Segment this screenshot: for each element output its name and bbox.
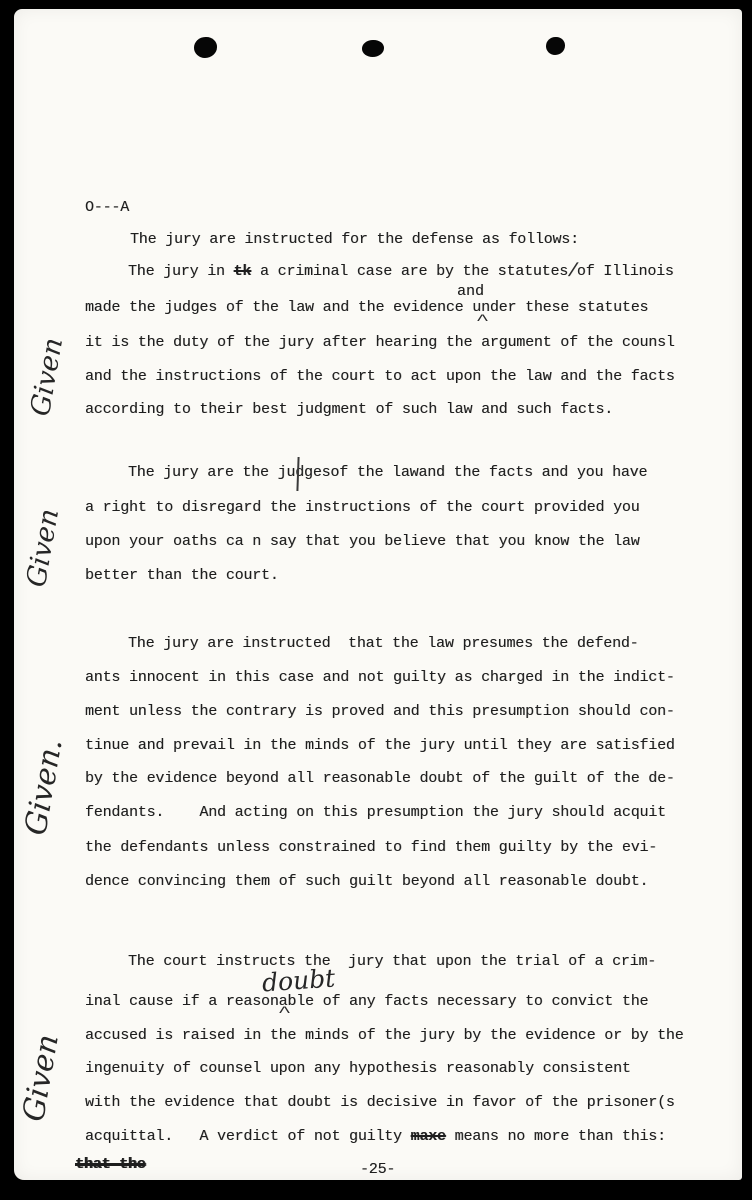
text-line: The jury are the judgesof the lawand the… bbox=[128, 463, 647, 483]
text-line: dence convincing them of such guilt beyo… bbox=[85, 872, 648, 892]
page-number: -25- bbox=[360, 1160, 395, 1180]
text-line: upon your oaths ca n say that you believ… bbox=[85, 532, 640, 552]
text-line: ingenuity of counsel upon any hypothesis… bbox=[85, 1059, 631, 1079]
text-line: inal cause if a reasonable of any facts … bbox=[85, 992, 648, 1012]
text-line: ment unless the contrary is proved and t… bbox=[85, 702, 675, 722]
text-line: made the judges of the law and the evide… bbox=[85, 298, 648, 318]
text-segment: a criminal case are by the statutes bbox=[251, 263, 568, 280]
text-line: by the evidence beyond all reasonable do… bbox=[85, 769, 675, 789]
text-line: acquittal. A verdict of not guilty maxe … bbox=[85, 1127, 666, 1147]
text-line: The jury are instructed for the defense … bbox=[130, 230, 579, 250]
text-line: fendants. And acting on this presumption… bbox=[85, 803, 666, 823]
text-segment: acquittal. A verdict of not guilty bbox=[85, 1128, 411, 1145]
text-line: accused is raised in the minds of the ju… bbox=[85, 1026, 684, 1046]
margin-note-given: Given bbox=[25, 335, 69, 418]
text-line: The jury are instructed that the law pre… bbox=[128, 634, 639, 654]
text-line: ants innocent in this case and not guilt… bbox=[85, 668, 675, 688]
footer-struck-text: that the bbox=[75, 1155, 145, 1175]
text-line: and the instructions of the court to act… bbox=[85, 367, 675, 387]
text-line: a right to disregard the instructions of… bbox=[85, 498, 640, 518]
text-line: The jury in tk a criminal case are by th… bbox=[128, 262, 674, 282]
document-page: Given Given Given. Given O---A The jury … bbox=[14, 9, 742, 1180]
scanned-document-background: { "colors": { "background": "#000000", "… bbox=[0, 0, 752, 1200]
binding-hole-dot bbox=[194, 37, 217, 58]
margin-note-given: Given. bbox=[18, 736, 69, 838]
struck-out-text: maxe bbox=[411, 1128, 446, 1145]
text-line: better than the court. bbox=[85, 566, 279, 586]
margin-note-given: Given bbox=[21, 506, 65, 589]
text-line: according to their best judgment of such… bbox=[85, 400, 613, 420]
text-line: the defendants unless constrained to fin… bbox=[85, 838, 657, 858]
text-segment: The jury in bbox=[128, 263, 234, 280]
binding-hole-dot bbox=[546, 37, 565, 55]
margin-note-given: Given bbox=[16, 1032, 66, 1124]
text-line: it is the duty of the jury after hearing… bbox=[85, 333, 675, 353]
text-line: The court instructs the jury that upon t… bbox=[128, 952, 656, 972]
text-segment: of Illinois bbox=[577, 263, 674, 280]
binding-hole-dot bbox=[362, 40, 384, 57]
text-line: with the evidence that doubt is decisive… bbox=[85, 1093, 675, 1113]
text-line: tinue and prevail in the minds of the ju… bbox=[85, 736, 675, 756]
text-segment: means no more than this: bbox=[446, 1128, 666, 1145]
insertion-caret-icon: ^ bbox=[476, 312, 490, 329]
insertion-caret-icon: ^ bbox=[278, 1004, 292, 1021]
struck-out-text: tk bbox=[234, 263, 252, 280]
header-code: O---A bbox=[85, 198, 129, 218]
